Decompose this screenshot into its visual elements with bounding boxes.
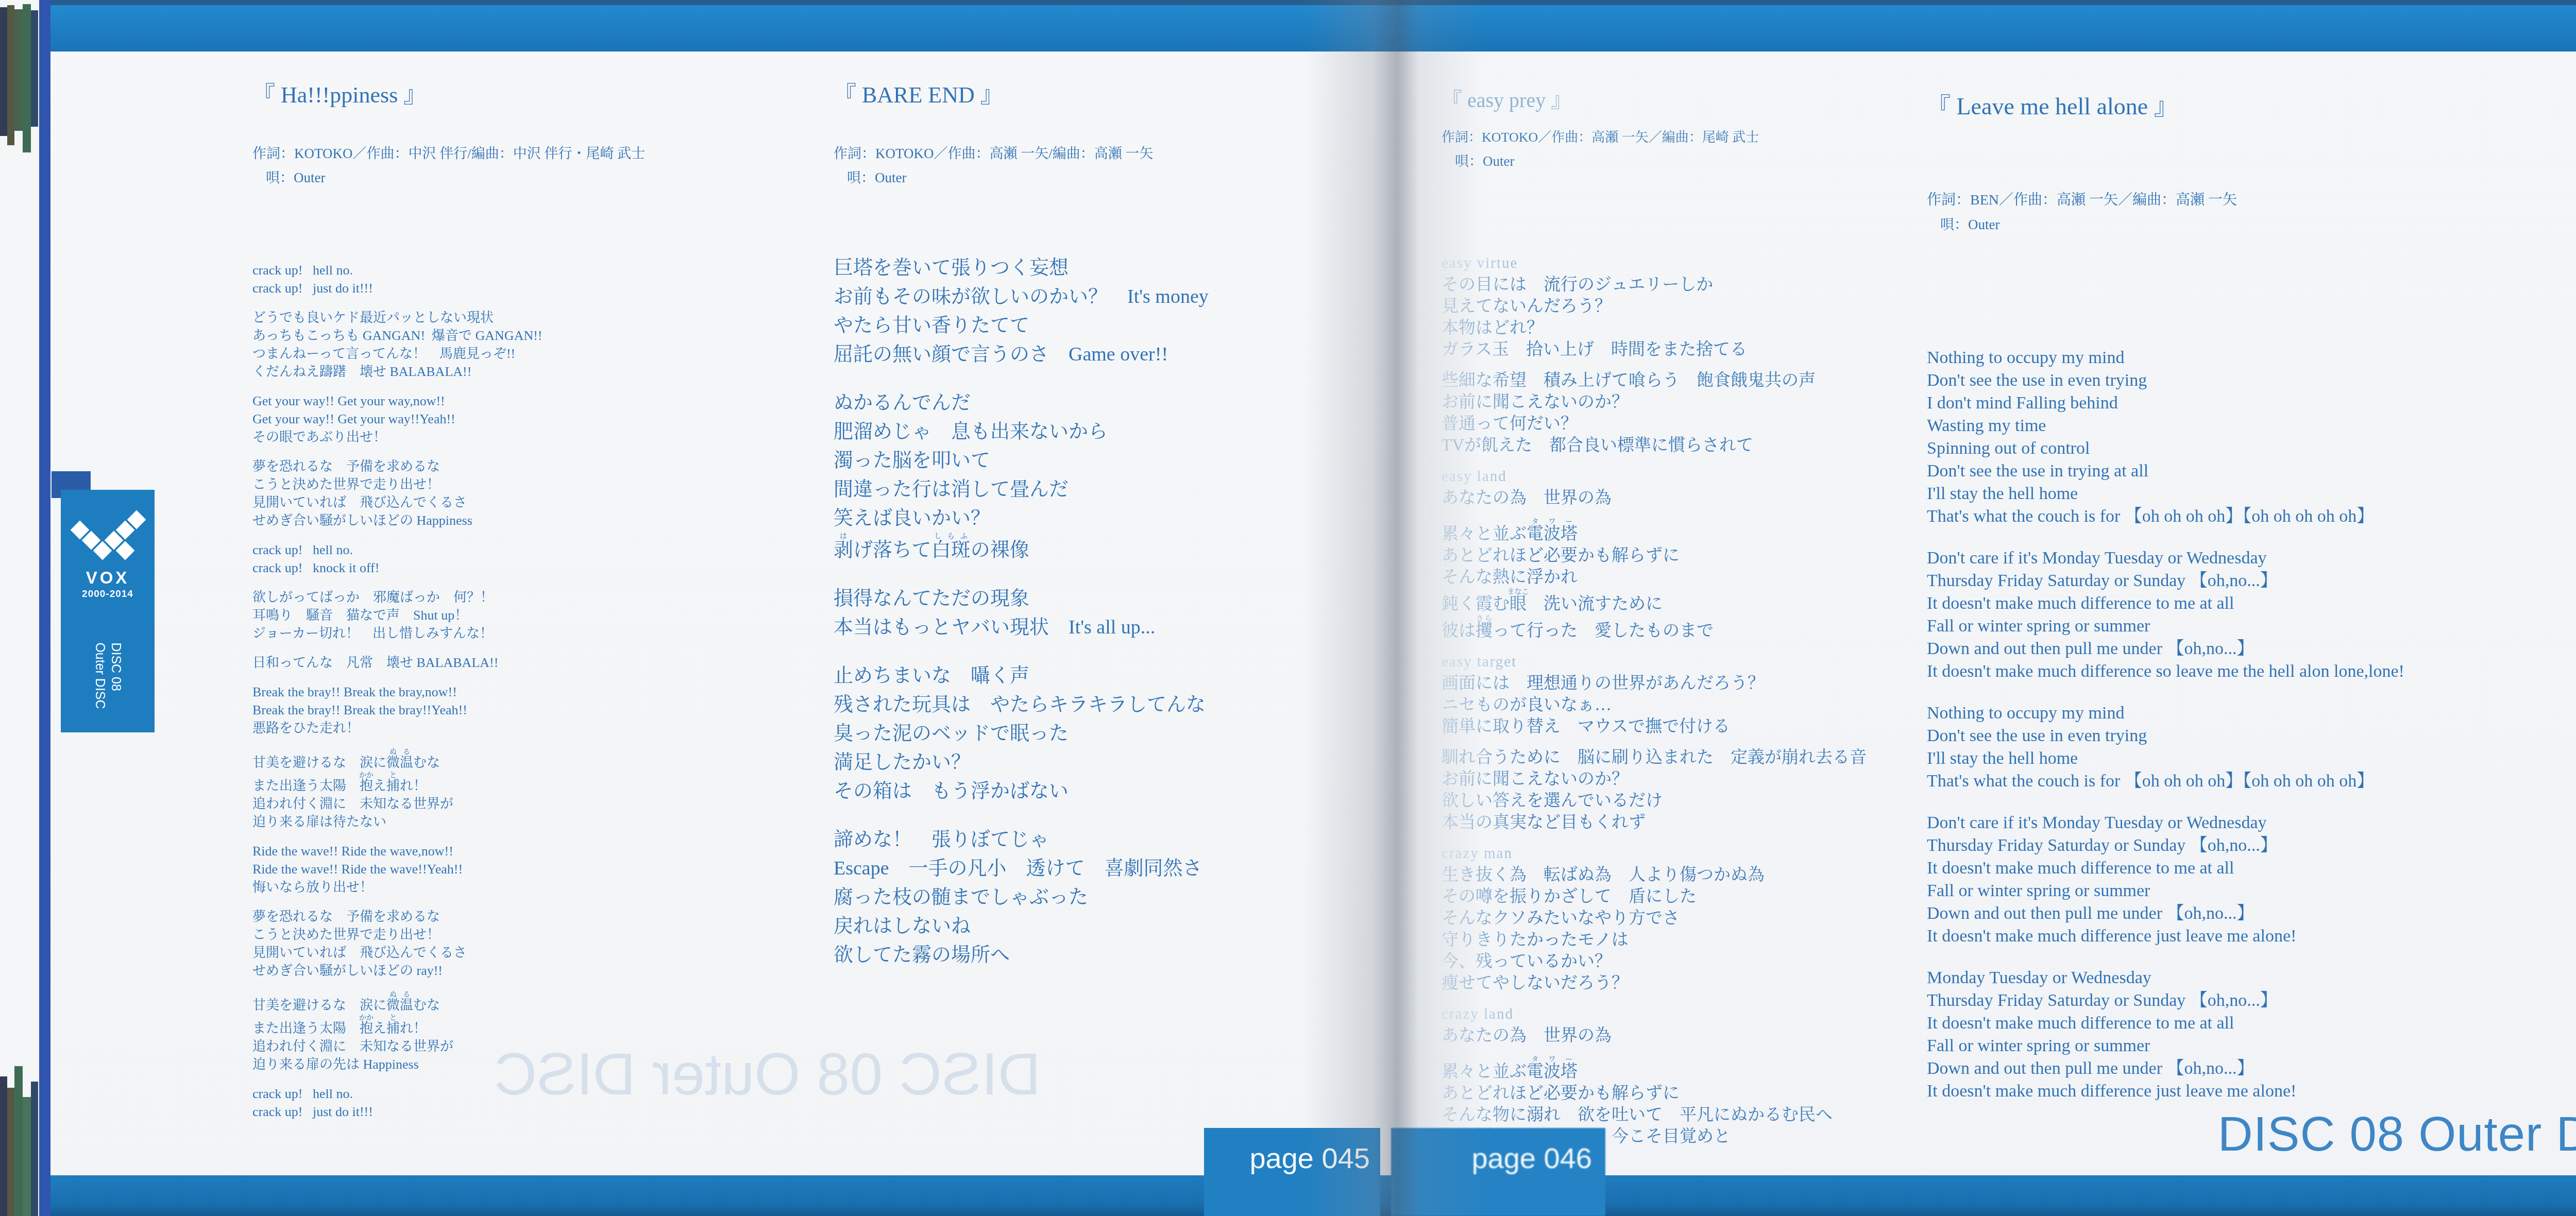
page-number-tab-046: page 046	[1391, 1128, 1605, 1216]
lyric-line: やたら甘い香りたてて	[834, 311, 1405, 340]
lyric-line: こうと決めた世界で走り出せ！	[252, 926, 804, 944]
page-edge-stripe	[23, 4, 31, 152]
lyric-line: 屈託の無い顔で言うのさ Game over!!	[834, 340, 1405, 369]
page-edge-stripe	[31, 1082, 38, 1216]
song-title: 『 easy prey 』	[1442, 84, 1988, 113]
lyric-line: 欲してた霧の場所へ	[834, 940, 1405, 969]
lyric-line: 笑えば良いかい？	[834, 504, 1405, 533]
vox-years-text: 2000-2014	[61, 589, 155, 600]
verse-block: crack up! hell no.crack up! just do it!!…	[252, 261, 804, 297]
lyric-line: crack up! just do it!!!	[252, 1103, 804, 1121]
song-credits: 作詞：KOTOKO／作曲：高瀬 一矢／編曲：尾崎 武士	[1442, 127, 1988, 146]
lyric-line: crack up! knock it off!	[252, 559, 804, 577]
lyric-line: 止めちまいな 囁く声	[834, 661, 1405, 690]
page-edge-stripe-blue	[39, 0, 50, 1216]
lyric-line: 耳鳴り 騒音 猫なで声 Shut up！	[252, 606, 804, 624]
gutter-fade-overlay	[1432, 206, 1535, 1133]
lyric-line: 濁った脳を叩いて	[834, 446, 1405, 475]
vox-brand-text: VOX	[61, 568, 155, 588]
lyric-line: It doesn't make much difference to me at…	[1927, 857, 2576, 880]
lyric-line: Spinning out of control	[1927, 437, 2576, 460]
lyric-line: 肥溜めじゃ 息も出来ないから	[834, 417, 1405, 446]
verse-block: 甘美を避けるな 涙に微温ぬるむなまた出逢う太陽 抱かかえ捕とれ！追われ付く淵に …	[252, 748, 804, 831]
lyric-line: 満足したかい？	[834, 748, 1405, 777]
lyric-line: It doesn't make much difference to me at…	[1927, 1012, 2576, 1035]
lyric-line: 迫り来る扉は待たない	[252, 813, 804, 831]
lyric-line: 巨塔を巻いて張りつく妄想	[834, 253, 1405, 282]
lyric-line: crack up! just do it!!!	[252, 279, 804, 297]
lyric-line: Get your way!! Get your way,now!!	[252, 392, 804, 410]
lyric-line: That's what the couch is for 【oh oh oh o…	[1927, 770, 2576, 793]
song-column-bare-end: 『 BARE END 』 作詞：KOTOKO／作曲：高瀬 一矢/編曲：高瀬 一矢…	[834, 76, 1405, 989]
lyric-line: 見開いていれば 飛び込んでくるさ	[252, 493, 804, 511]
page-edge-stripe	[7, 1088, 14, 1216]
lyric-line: あっちもこっちも GANGAN! 爆音で GANGAN!!	[252, 327, 804, 345]
verse-block: 甘美を避けるな 涙に微温ぬるむなまた出逢う太陽 抱かかえ捕とれ！追われ付く淵に …	[252, 991, 804, 1073]
lyric-line: お前もその味が欲しいのかい？ It's money	[834, 282, 1405, 311]
lyric-line: 夢を恐れるな 予備を求めるな	[252, 457, 804, 475]
lyric-line: 夢を恐れるな 予備を求めるな	[252, 907, 804, 926]
lyric-line: Nothing to occupy my mind	[1927, 702, 2576, 725]
song-column-leave-me-hell-alone: 『 Leave me hell alone 』 作詞：BEN／作曲：高瀬 一矢／…	[1927, 88, 2576, 1122]
verse-block: 欲しがってばっか 邪魔ばっか 何？！耳鳴り 騒音 猫なで声 Shut up！ジョ…	[252, 588, 804, 642]
lyrics: Nothing to occupy my mindDon't see the u…	[1927, 347, 2576, 1103]
lyric-line: ジョーカー切れ！ 出し惜しみすんな！	[252, 624, 804, 642]
lyric-line: 剥はげ落ちて白斑しらふの裸像	[834, 533, 1405, 564]
song-column-happiness: 『 Ha!!!ppiness 』 作詞：KOTOKO／作曲：中沢 伴行/編曲：中…	[252, 76, 804, 1132]
verse-block: Don't care if it's Monday Tuesday or Wed…	[1927, 812, 2576, 948]
verse-block: 止めちまいな 囁く声残された玩具は やたらキラキラしてんな臭った泥のベッドで眠っ…	[834, 661, 1405, 806]
page-number-tab-045: page 045	[1204, 1128, 1380, 1216]
verse-block: 損得なんてただの現象本当はもっとヤバい現状 It's all up...	[834, 584, 1405, 642]
verse-block: 巨塔を巻いて張りつく妄想お前もその味が欲しいのかい？ It's moneyやたら…	[834, 253, 1405, 369]
lyric-line: その箱は もう浮かばない	[834, 777, 1405, 806]
lyric-line: Get your way!! Get your way!!Yeah!!	[252, 410, 804, 428]
page-edge-stripe	[31, 10, 38, 127]
verse-block: ぬかるんでんだ肥溜めじゃ 息も出来ないから濁った脳を叩いて間違った行は消して畳ん…	[834, 388, 1405, 564]
lyrics: crack up! hell no.crack up! just do it!!…	[252, 261, 804, 1121]
lyric-line: 間違った行は消して畳んだ	[834, 475, 1405, 504]
song-vocal: 唄：Outer	[1442, 150, 1988, 170]
verse-block: Break the bray!! Break the bray,now!!Bre…	[252, 683, 804, 737]
verse-block: Don't care if it's Monday Tuesday or Wed…	[1927, 547, 2576, 683]
song-title: 『 BARE END 』	[834, 76, 1405, 109]
song-title: 『 Ha!!!ppiness 』	[252, 76, 804, 109]
lyric-line: crack up! hell no.	[252, 261, 804, 279]
lyric-line: Don't care if it's Monday Tuesday or Wed…	[1927, 812, 2576, 834]
lyric-line: Don't care if it's Monday Tuesday or Wed…	[1927, 547, 2576, 570]
lyric-line: Down and out then pull me under 【oh,no..…	[1927, 1057, 2576, 1080]
lyric-line: Fall or winter spring or summer	[1927, 880, 2576, 902]
lyric-line: Break the bray!! Break the bray,now!!	[252, 683, 804, 701]
lyric-line: 悪路をひた走れ！	[252, 719, 804, 737]
lyric-line: Don't see the use in trying at all	[1927, 460, 2576, 483]
lyric-line: 迫り来る扉の先は Happiness	[252, 1055, 804, 1073]
lyric-line: 腐った枝の髄までしゃぶった	[834, 883, 1405, 912]
song-title: 『 Leave me hell alone 』	[1927, 88, 2576, 122]
lyric-line: crack up! hell no.	[252, 541, 804, 559]
lyric-line: どうでも良いケド最近パッとしない現状	[252, 309, 804, 327]
verse-block: 諦めな！ 張りぼてじゃEscape 一手の凡小 透けて 喜劇同然さ腐った枝の髄ま…	[834, 825, 1405, 969]
lyric-line: 悔いなら放り出せ！	[252, 878, 804, 896]
disc-footer-title: DISC 08 Outer DISC	[2154, 1106, 2576, 1162]
lyric-line: ぬかるんでんだ	[834, 388, 1405, 417]
verse-block: Ride the wave!! Ride the wave,now!!Ride …	[252, 842, 804, 896]
lyrics: 巨塔を巻いて張りつく妄想お前もその味が欲しいのかい？ It's moneyやたら…	[834, 253, 1405, 969]
song-vocal: 唄：Outer	[1927, 213, 2576, 233]
lyric-line: Down and out then pull me under 【oh,no..…	[1927, 902, 2576, 925]
lyric-line: 諦めな！ 張りぼてじゃ	[834, 825, 1405, 854]
song-credits: 作詞：BEN／作曲：高瀬 一矢／編曲：高瀬 一矢	[1927, 189, 2576, 209]
lyric-line: 臭った泥のベッドで眠った	[834, 719, 1405, 748]
lyric-line: I'll stay the hell home	[1927, 483, 2576, 505]
verse-block: 日和ってんな 凡常 壊せ BALABALA!!	[252, 654, 804, 672]
lyric-line: 追われ付く淵に 未知なる世界が	[252, 1037, 804, 1055]
lyric-line: せめぎ合い騒がしいほどの Happiness	[252, 511, 804, 529]
page-edge-stripe	[23, 1097, 31, 1216]
lyric-line: Break the bray!! Break the bray!!Yeah!!	[252, 701, 804, 719]
lyric-line: I'll stay the hell home	[1927, 747, 2576, 770]
verse-block: Monday Tuesday or WednesdayThursday Frid…	[1927, 967, 2576, 1103]
song-vocal: 唄：Outer	[252, 166, 804, 186]
verse-block: Nothing to occupy my mindDon't see the u…	[1927, 347, 2576, 528]
lyric-line: 戻れはしないね	[834, 912, 1405, 940]
lyric-line: 追われ付く淵に 未知なる世界が	[252, 795, 804, 813]
top-blue-bar	[44, 5, 2576, 52]
lyric-line: また出逢う太陽 抱かかえ捕とれ！	[252, 772, 804, 795]
lyric-line: I don't mind Falling behind	[1927, 392, 2576, 415]
lyric-line: Down and out then pull me under 【oh,no..…	[1927, 638, 2576, 660]
lyric-line: crack up! hell no.	[252, 1085, 804, 1103]
lyric-line: Fall or winter spring or summer	[1927, 1035, 2576, 1057]
lyric-line: Thursday Friday Saturday or Sunday 【oh,n…	[1927, 989, 2576, 1012]
song-credits: 作詞：KOTOKO／作曲：中沢 伴行/編曲：中沢 伴行・尾崎 武士	[252, 142, 804, 162]
verse-block: crack up! hell no.crack up! knock it off…	[252, 541, 804, 577]
page-edge-stripe	[0, 1076, 7, 1216]
lyric-line: その眼であぶり出せ！	[252, 428, 804, 446]
lyric-line: Escape 一手の凡小 透けて 喜劇同然さ	[834, 854, 1405, 883]
page-edge-stripe	[0, 7, 7, 136]
lyric-line: It doesn't make much difference so leave…	[1927, 660, 2576, 683]
lyric-line: Ride the wave!! Ride the wave,now!!	[252, 842, 804, 860]
lyric-line: せめぎ合い騒がしいほどの ray!!	[252, 962, 804, 980]
lyric-line: 欲しがってばっか 邪魔ばっか 何？！	[252, 588, 804, 606]
lyric-line: It doesn't make much difference to me at…	[1927, 592, 2576, 615]
lyric-line: 日和ってんな 凡常 壊せ BALABALA!!	[252, 654, 804, 672]
lyric-line: Thursday Friday Saturday or Sunday 【oh,n…	[1927, 834, 2576, 857]
page-edge-stripe	[14, 1066, 23, 1216]
lyric-line: つまんねーって言ってんな！ 馬鹿見っぞ!!	[252, 345, 804, 363]
verse-block: 夢を恐れるな 予備を求めるなこうと決めた世界で走り出せ！見開いていれば 飛び込ん…	[252, 457, 804, 529]
vox-disc-label: DISC 08Outer DISC	[92, 642, 124, 709]
verse-block: Nothing to occupy my mindDon't see the u…	[1927, 702, 2576, 793]
lyric-line: Wasting my time	[1927, 415, 2576, 437]
verse-block: どうでも良いケド最近パッとしない現状あっちもこっちも GANGAN! 爆音で G…	[252, 309, 804, 381]
lyric-line: こうと決めた世界で走り出せ！	[252, 475, 804, 493]
lyric-line: 本当はもっとヤバい現状 It's all up...	[834, 613, 1405, 642]
lyric-line: Don't see the use in even trying	[1927, 369, 2576, 392]
lyric-line: Fall or winter spring or summer	[1927, 615, 2576, 638]
lyric-line: くだんねえ躊躇 壊せ BALABALA!!	[252, 363, 804, 381]
verse-block: Get your way!! Get your way,now!!Get you…	[252, 392, 804, 446]
lyric-line: 残された玩具は やたらキラキラしてんな	[834, 690, 1405, 719]
verse-block: crack up! hell no.crack up! just do it!!…	[252, 1085, 804, 1121]
lyric-line: It doesn't make much difference just lea…	[1927, 925, 2576, 948]
lyric-line: Nothing to occupy my mind	[1927, 347, 2576, 369]
lyric-line: Thursday Friday Saturday or Sunday 【oh,n…	[1927, 570, 2576, 592]
lyric-line: また出逢う太陽 抱かかえ捕とれ！	[252, 1014, 804, 1037]
verse-block: 夢を恐れるな 予備を求めるなこうと決めた世界で走り出せ！見開いていれば 飛び込ん…	[252, 907, 804, 980]
lyric-line: 甘美を避けるな 涙に微温ぬるむな	[252, 991, 804, 1014]
lyric-line: That's what the couch is for 【oh oh oh o…	[1927, 505, 2576, 528]
lyric-line: 見開いていれば 飛び込んでくるさ	[252, 944, 804, 962]
page-edge-stripe	[14, 9, 23, 131]
lyric-line: It doesn't make much difference just lea…	[1927, 1080, 2576, 1103]
song-vocal: 唄：Outer	[834, 166, 1405, 186]
vox-disc-tab-left: VOX 2000-2014 DISC 08Outer DISC	[61, 490, 155, 732]
lyric-line: Ride the wave!! Ride the wave!!Yeah!!	[252, 860, 804, 878]
vox-logo-icon	[69, 509, 146, 563]
lyric-line: Don't see the use in even trying	[1927, 725, 2576, 747]
page-edge-stripe	[7, 5, 14, 145]
song-credits: 作詞：KOTOKO／作曲：高瀬 一矢/編曲：高瀬 一矢	[834, 142, 1405, 162]
lyric-line: Monday Tuesday or Wednesday	[1927, 967, 2576, 989]
lyric-line: 甘美を避けるな 涙に微温ぬるむな	[252, 748, 804, 772]
lyric-line: 損得なんてただの現象	[834, 584, 1405, 613]
